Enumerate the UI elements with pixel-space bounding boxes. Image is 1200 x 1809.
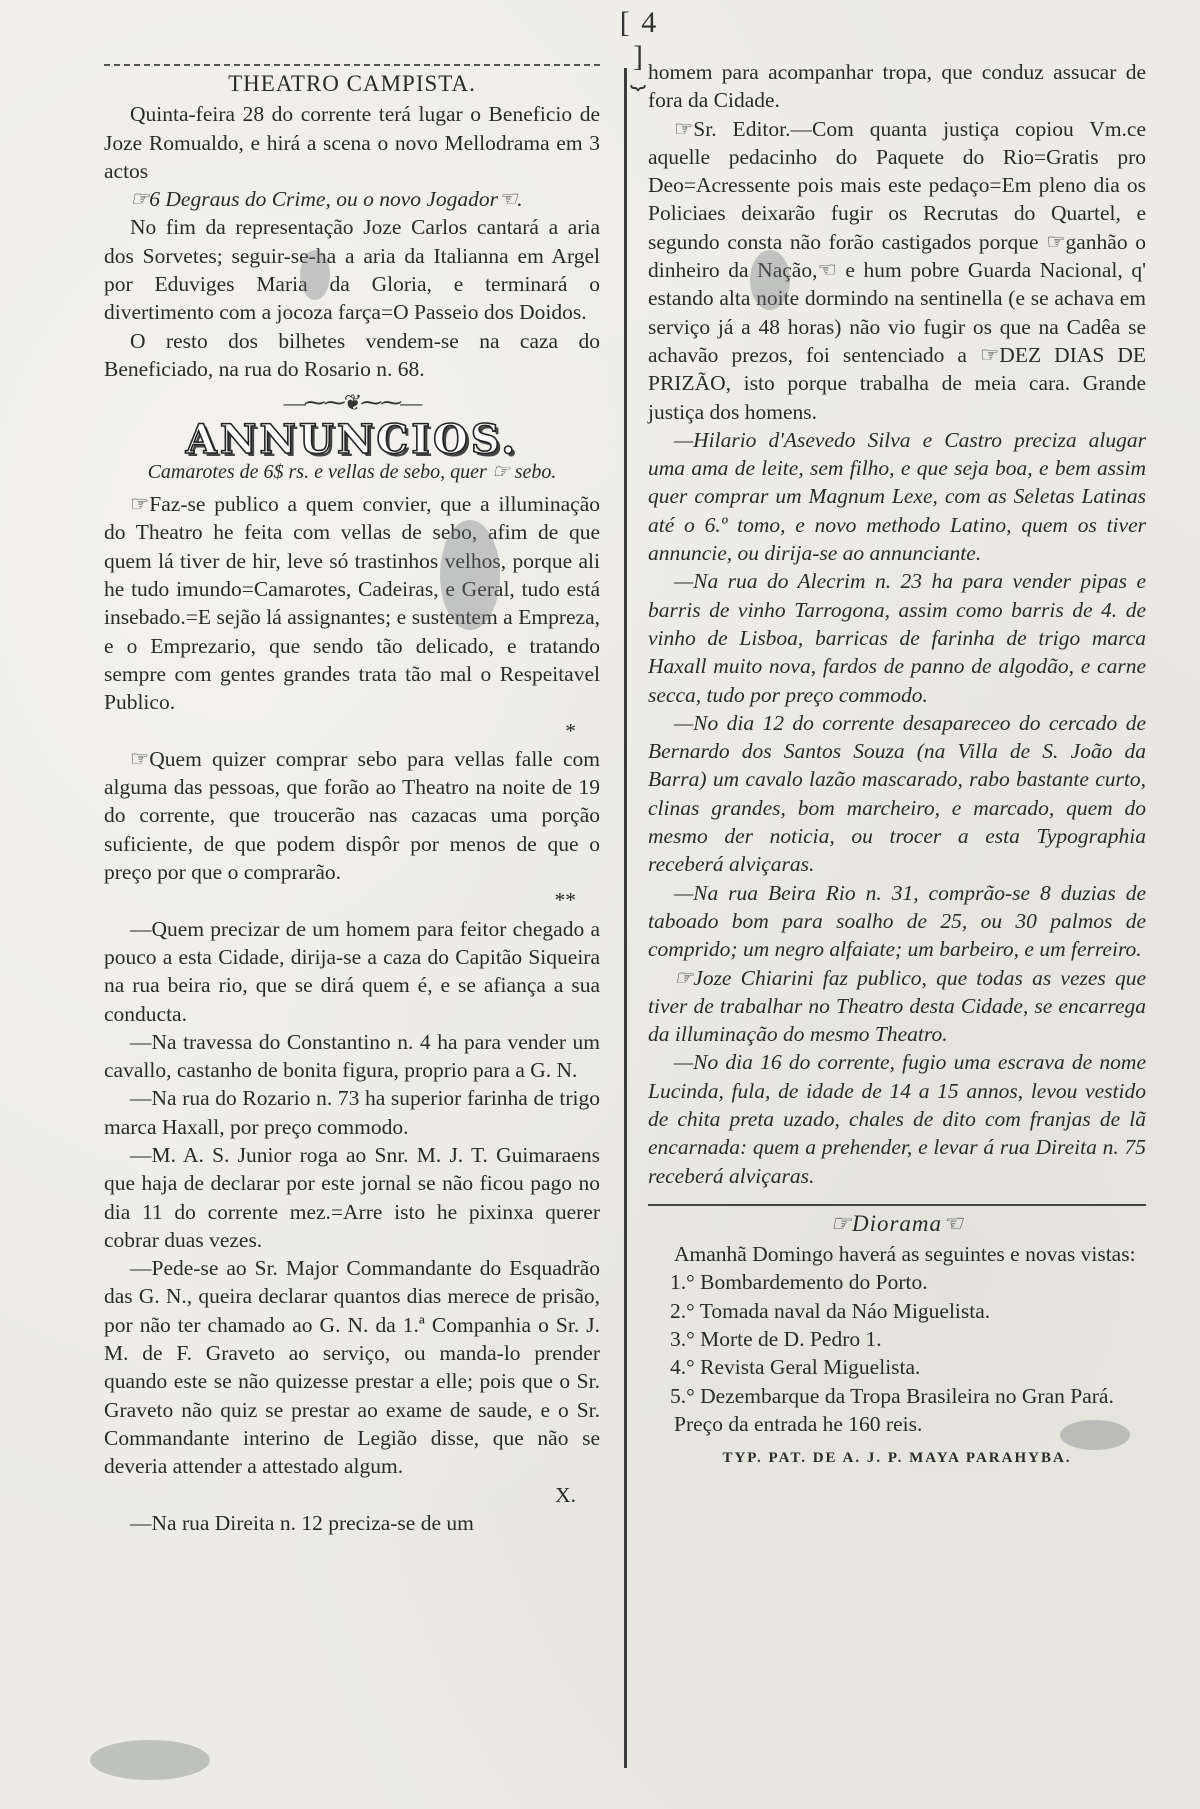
section-title-annuncios: ANNUNCIOS. bbox=[104, 426, 600, 454]
ad-item: —Na rua do Rozario n. 73 ha superior far… bbox=[104, 1084, 600, 1141]
left-column: THEATRO CAMPISTA. Quinta-feira 28 do cor… bbox=[104, 58, 600, 1537]
newspaper-page: [ 4 ] ⏟ THEATRO CAMPISTA. Quinta-feira 2… bbox=[0, 0, 1200, 1809]
diorama-item: 2.° Tomada naval da Náo Miguelista. bbox=[648, 1297, 1146, 1325]
diorama-item: 5.° Dezembarque da Tropa Brasileira no G… bbox=[648, 1382, 1146, 1410]
ad-item: ☞Joze Chiarini faz publico, que todas as… bbox=[648, 964, 1146, 1049]
editor-letter: ☞Sr. Editor.—Com quanta justiça copiou V… bbox=[648, 115, 1146, 426]
diorama-price: Preço da entrada he 160 reis. bbox=[648, 1410, 1146, 1438]
ad-item: —Na travessa do Constantino n. 4 ha para… bbox=[104, 1028, 600, 1085]
section-rule bbox=[648, 1204, 1146, 1206]
column-divider bbox=[624, 68, 627, 1768]
diorama-item: 1.° Bombardemento do Porto. bbox=[648, 1268, 1146, 1296]
ad-signature: X. bbox=[104, 1481, 600, 1509]
diorama-intro: Amanhã Domingo haverá as seguintes e nov… bbox=[648, 1240, 1146, 1268]
ad-item: —No dia 12 do corrente desapareceo do ce… bbox=[648, 709, 1146, 879]
ad-item: —Pede-se ao Sr. Major Commandante do Esq… bbox=[104, 1254, 600, 1480]
diorama-item: 4.° Revista Geral Miguelista. bbox=[648, 1353, 1146, 1381]
theatre-paragraph-2: No fim da representação Joze Carlos cant… bbox=[104, 213, 600, 326]
ad-item: —M. A. S. Junior roga ao Snr. M. J. T. G… bbox=[104, 1141, 600, 1254]
ad-item: —Na rua Direita n. 12 precizа-se de um bbox=[104, 1509, 600, 1537]
ad-item: —Na rua do Alecrim n. 23 ha para vender … bbox=[648, 567, 1146, 708]
ad-item: —No dia 16 do corrente, fugio uma escrav… bbox=[648, 1048, 1146, 1189]
ad-item: —Hilario d'Asevedo Silva e Castro preciz… bbox=[648, 426, 1146, 567]
stain bbox=[90, 1740, 210, 1780]
theatre-paragraph-1: Quinta-feira 28 do corrente terá lugar o… bbox=[104, 100, 600, 185]
ad-signature: ** bbox=[104, 886, 600, 914]
ornament-divider: —⁓⁓❦⁓⁓— bbox=[104, 389, 600, 417]
printer-imprint: TYP. PAT. DE A. J. P. MAYA PARAHYBA. bbox=[648, 1444, 1146, 1472]
right-column: homem para acompanhar tropa, que conduz … bbox=[648, 58, 1146, 1473]
ad-item: —Na rua Beira Rio n. 31, comprão-se 8 du… bbox=[648, 879, 1146, 964]
diorama-item: 3.° Morte de D. Pedro 1. bbox=[648, 1325, 1146, 1353]
theatre-paragraph-3: O resto dos bilhetes vendem-se na caza d… bbox=[104, 327, 600, 384]
theatre-title: THEATRO CAMPISTA. bbox=[104, 70, 600, 98]
top-rule bbox=[104, 64, 600, 66]
play-title: ☞6 Degraus do Crime, ou o novo Jogador☜. bbox=[104, 185, 600, 213]
ad-signature: * bbox=[104, 717, 600, 745]
ad-item: ☞Faz-se publico a quem convier, que a il… bbox=[104, 490, 600, 716]
continuation-text: homem para acompanhar tropa, que conduz … bbox=[648, 58, 1146, 115]
ad-item: ☞Quem quizer comprar sebo para vellas fa… bbox=[104, 745, 600, 886]
ad-item: —Quem precizar de um homem para feitor c… bbox=[104, 915, 600, 1028]
section-subtitle: Camarotes de 6$ rs. e vellas de sebo, qu… bbox=[104, 458, 600, 486]
diorama-title: ☞Diorama☜ bbox=[648, 1210, 1146, 1238]
